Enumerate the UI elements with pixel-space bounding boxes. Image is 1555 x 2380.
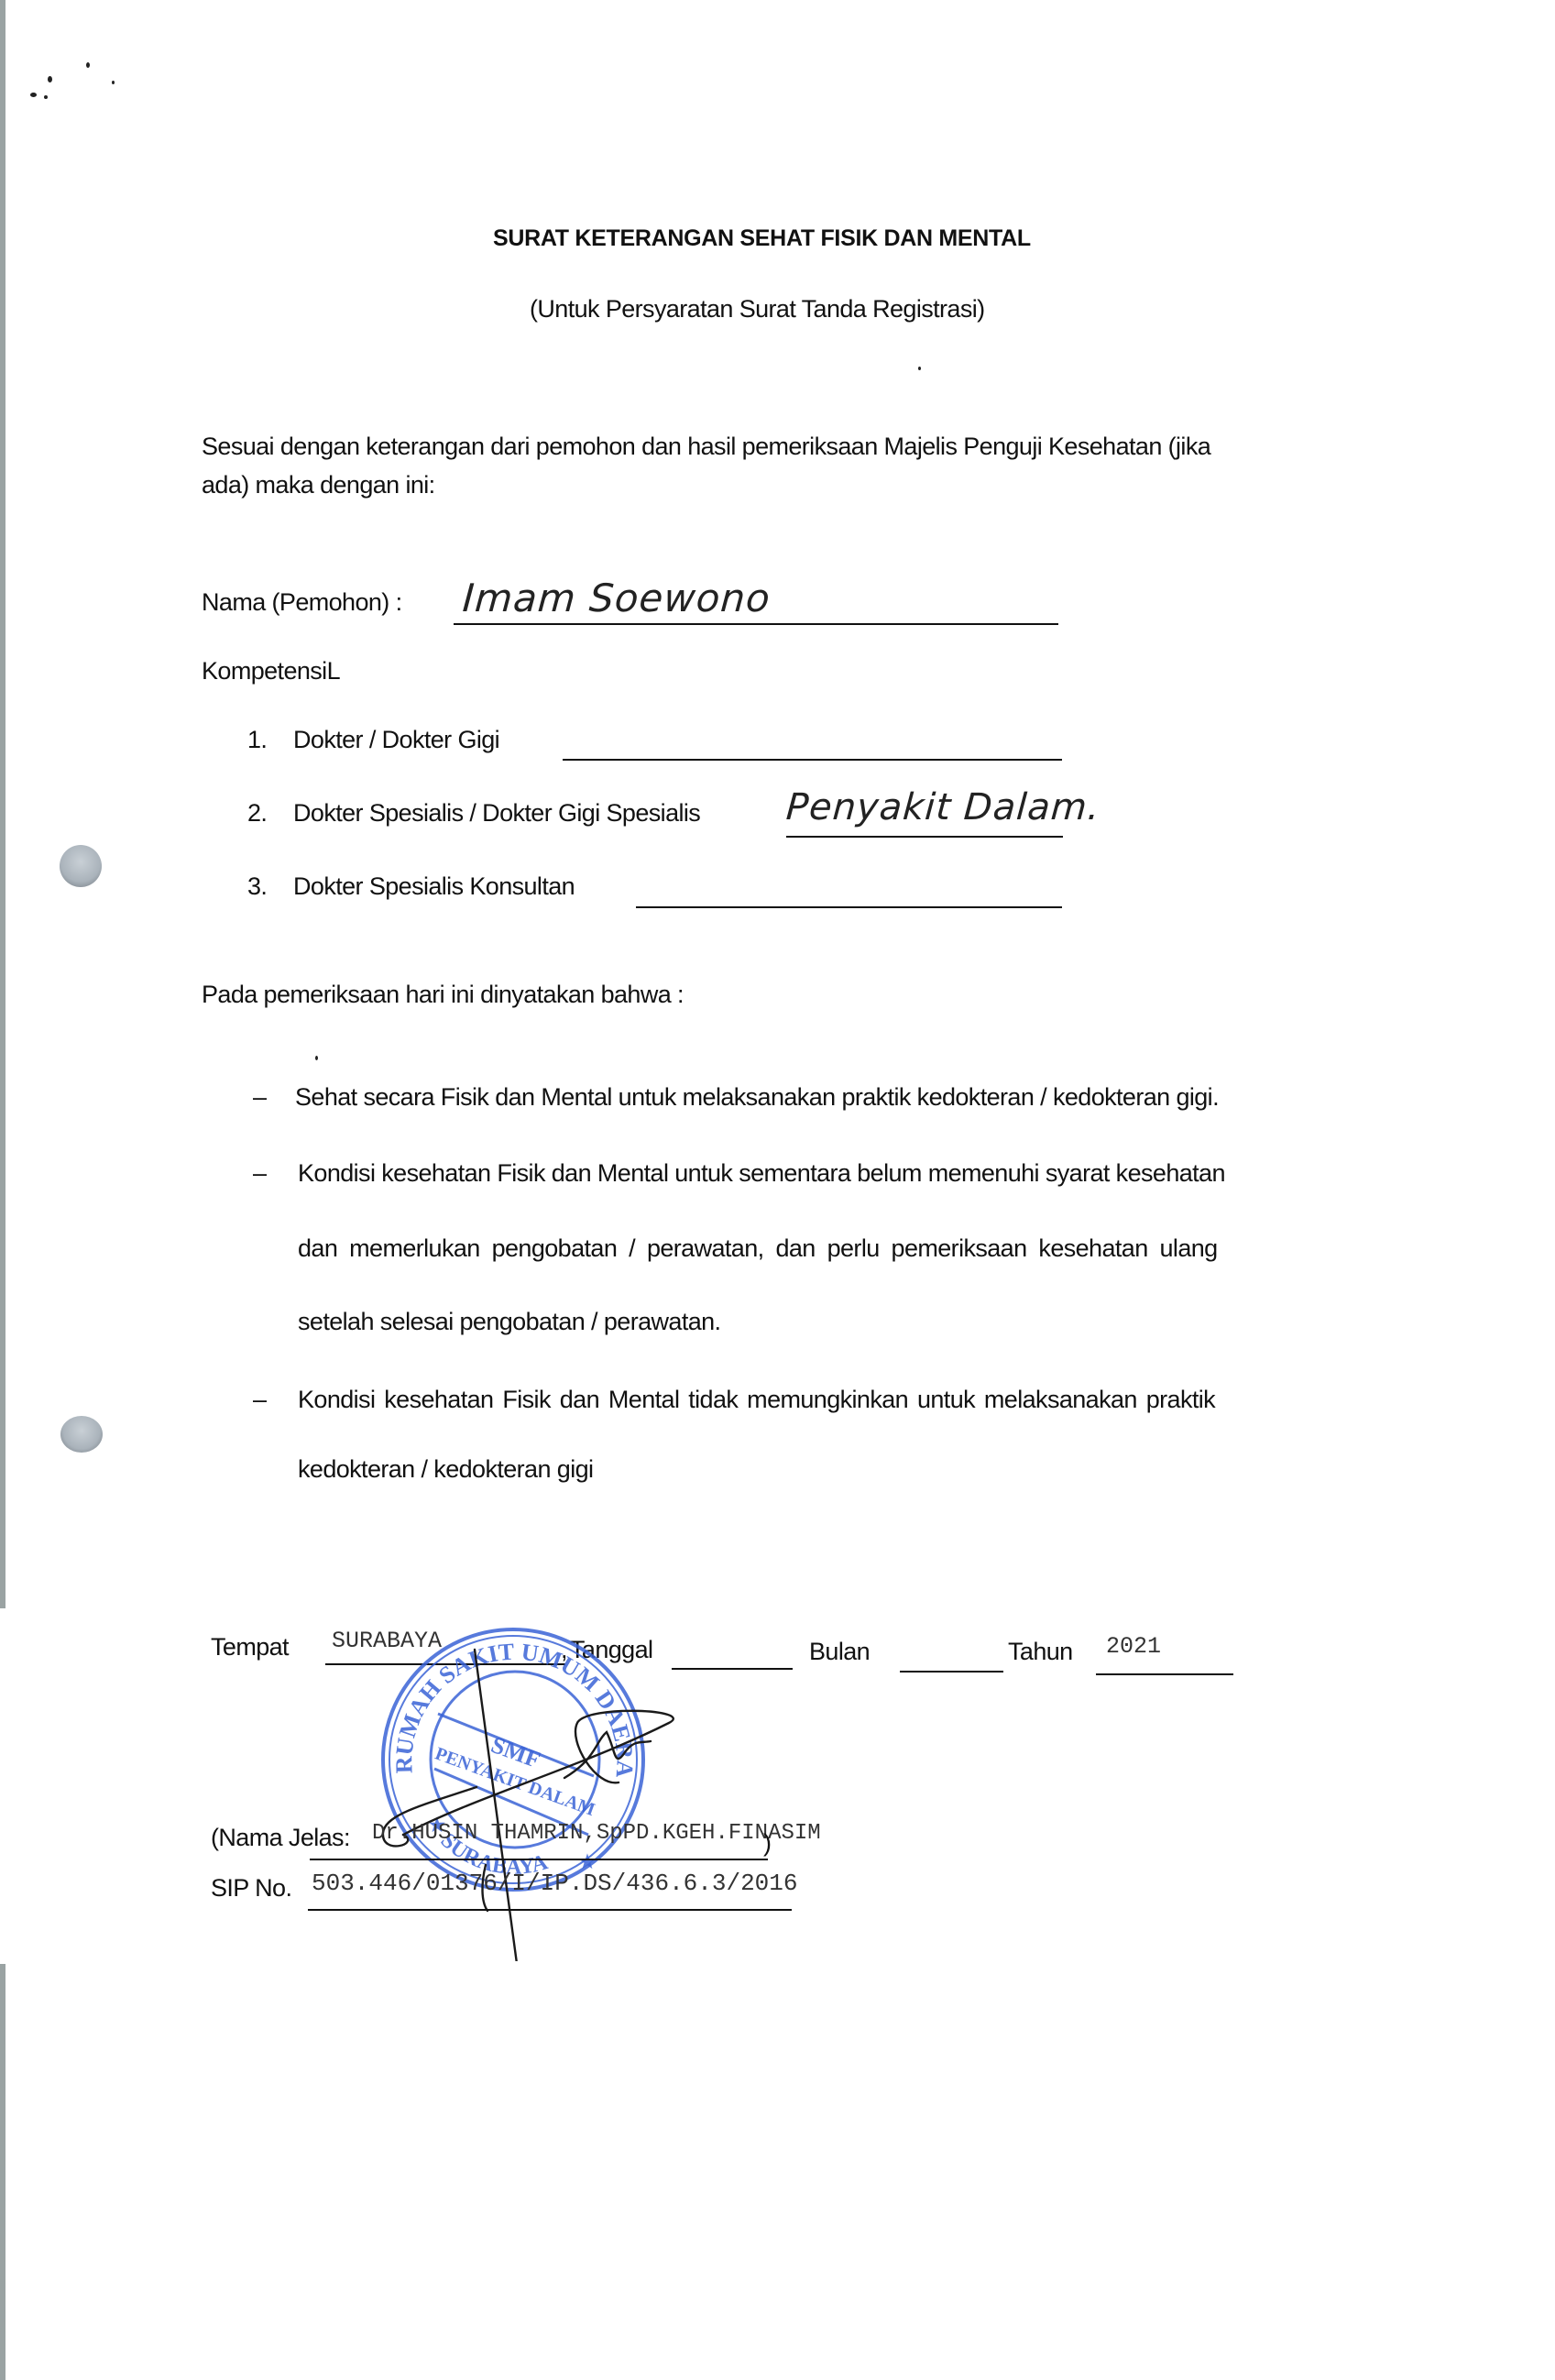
scan-speck	[48, 76, 52, 82]
scan-speck	[112, 81, 115, 84]
exam-intro: Pada pemeriksaan hari ini dinyatakan bah…	[202, 981, 684, 1009]
scan-edge-strip	[0, 0, 5, 1608]
document-subtitle: (Untuk Persyaratan Surat Tanda Registras…	[530, 295, 985, 324]
statement-2-line1: Kondisi kesehatan Fisik dan Mental untuk…	[298, 1159, 1225, 1188]
statement-1-bullet: –	[253, 1083, 266, 1112]
statement-1-line1: Sehat secara Fisik dan Mental untuk mela…	[295, 1083, 1219, 1112]
punch-hole	[60, 1416, 103, 1453]
scan-edge-strip	[0, 1964, 5, 2380]
statement-2-bullet: –	[253, 1159, 266, 1188]
statement-3-line1: Kondisi kesehatan Fisik dan Mental tidak…	[298, 1386, 1215, 1414]
competence-item-3-number: 3.	[247, 872, 267, 901]
month-label: Bulan	[809, 1638, 870, 1666]
scan-speck	[315, 1056, 318, 1060]
statement-2-line3: setelah selesai pengobatan / perawatan.	[298, 1308, 720, 1336]
year-field[interactable]: 2021	[1106, 1633, 1161, 1660]
scan-speck	[30, 93, 37, 97]
signatory-name-close: )	[763, 1829, 771, 1858]
scan-speck	[44, 95, 48, 99]
applicant-name-field[interactable]: Imam Soewono	[461, 576, 772, 620]
competence-item-1-label: Dokter / Dokter Gigi	[293, 726, 499, 754]
month-field[interactable]	[900, 1671, 1003, 1673]
intro-text-line2: ada) maka dengan ini:	[202, 471, 435, 499]
document-title: SURAT KETERANGAN SEHAT FISIK DAN MENTAL	[493, 225, 1031, 252]
competence-item-3-field[interactable]	[636, 906, 1062, 908]
intro-text-line1: Sesuai dengan keterangan dari pemohon da…	[202, 433, 1210, 461]
competence-label: KompetensiL	[202, 657, 340, 685]
handwritten-signature	[367, 1631, 733, 1961]
statement-3-line2: kedokteran / kedokteran gigi	[298, 1455, 593, 1484]
scan-speck	[86, 62, 90, 68]
year-underline	[1096, 1673, 1233, 1675]
sip-label: SIP No.	[211, 1874, 291, 1903]
competence-item-1-number: 1.	[247, 726, 267, 754]
competence-item-2-underline	[786, 836, 1063, 838]
competence-item-3-label: Dokter Spesialis Konsultan	[293, 872, 575, 901]
competence-item-2-label: Dokter Spesialis / Dokter Gigi Spesialis	[293, 799, 700, 828]
year-label: Tahun	[1008, 1638, 1073, 1666]
punch-hole	[60, 845, 102, 887]
scan-speck	[918, 367, 921, 370]
sip-underline	[308, 1909, 792, 1911]
statement-3-bullet: –	[253, 1386, 266, 1414]
statement-2-line2: dan memerlukan pengobatan / perawatan, d…	[298, 1234, 1218, 1263]
signatory-name-label: (Nama Jelas:	[211, 1824, 350, 1852]
competence-item-2-number: 2.	[247, 799, 267, 828]
competence-item-1-field[interactable]	[563, 759, 1062, 761]
sip-field[interactable]: 503.446/01376/I/IP.DS/436.6.3/2016	[312, 1870, 798, 1897]
signatory-name-underline	[310, 1859, 768, 1860]
applicant-underline	[454, 623, 1058, 625]
place-label: Tempat	[211, 1633, 289, 1662]
competence-item-2-field[interactable]: Penyakit Dalam.	[784, 786, 1101, 828]
applicant-label: Nama (Pemohon) :	[202, 588, 402, 617]
signatory-name-field[interactable]: Dr.HUSIN THAMRIN,SpPD.KGEH.FINASIM	[372, 1821, 821, 1846]
